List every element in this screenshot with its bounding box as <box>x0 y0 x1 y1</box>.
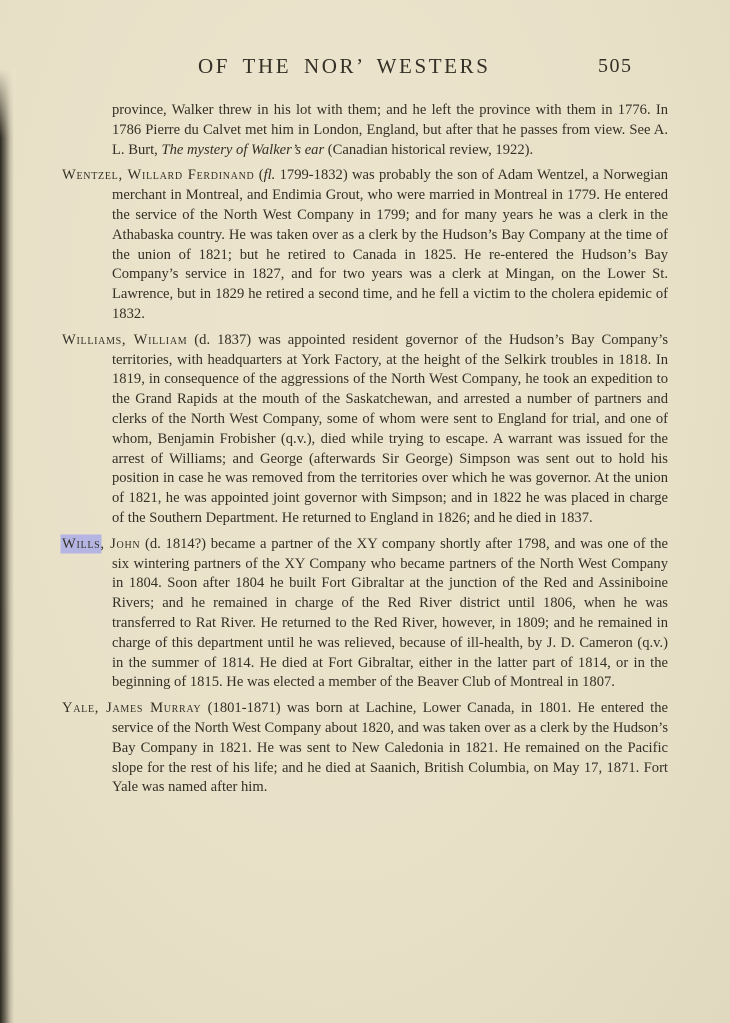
entry-name: Williams, William <box>62 332 187 348</box>
entry-paragraph: Wills, John (d. 1814?) became a partner … <box>62 535 668 693</box>
page-title: OF THE NOR’ WESTERS <box>198 54 491 79</box>
page-body: province, Walker threw in his lot with t… <box>62 101 668 798</box>
text-segment: (d. 1837) was appointed resident governo… <box>112 332 668 526</box>
italic-text: The mystery of Walker’s ear <box>161 142 324 158</box>
book-binding-shadow-fade <box>0 68 16 138</box>
book-binding-shadow <box>0 68 14 1023</box>
highlighted-term: Wills <box>62 536 100 552</box>
text-segment: (Canadian historical review, 1922). <box>324 142 533 158</box>
scanned-book-page: OF THE NOR’ WESTERS 505 province, Walker… <box>0 0 730 1023</box>
entry-paragraph: Yale, James Murray (1801-1871) was born … <box>62 699 668 798</box>
continuation-paragraph: province, Walker threw in his lot with t… <box>62 101 668 160</box>
entry-name: Yale, James Murray <box>62 700 201 716</box>
entry-name: Wentzel, Willard Ferdinand <box>62 167 254 183</box>
text-segment: 1799-1832) was probably the son of Adam … <box>112 167 668 322</box>
entry-paragraph: Williams, William (d. 1837) was appointe… <box>62 331 668 529</box>
entry-name: , John <box>100 536 140 552</box>
text-segment: ( <box>254 167 263 183</box>
running-head: OF THE NOR’ WESTERS 505 <box>62 54 668 84</box>
italic-text: fl. <box>264 167 276 183</box>
entry-paragraph: Wentzel, Willard Ferdinand (fl. 1799-183… <box>62 166 668 324</box>
text-segment: (d. 1814?) became a partner of the XY co… <box>112 536 668 691</box>
page-number: 505 <box>598 55 633 78</box>
